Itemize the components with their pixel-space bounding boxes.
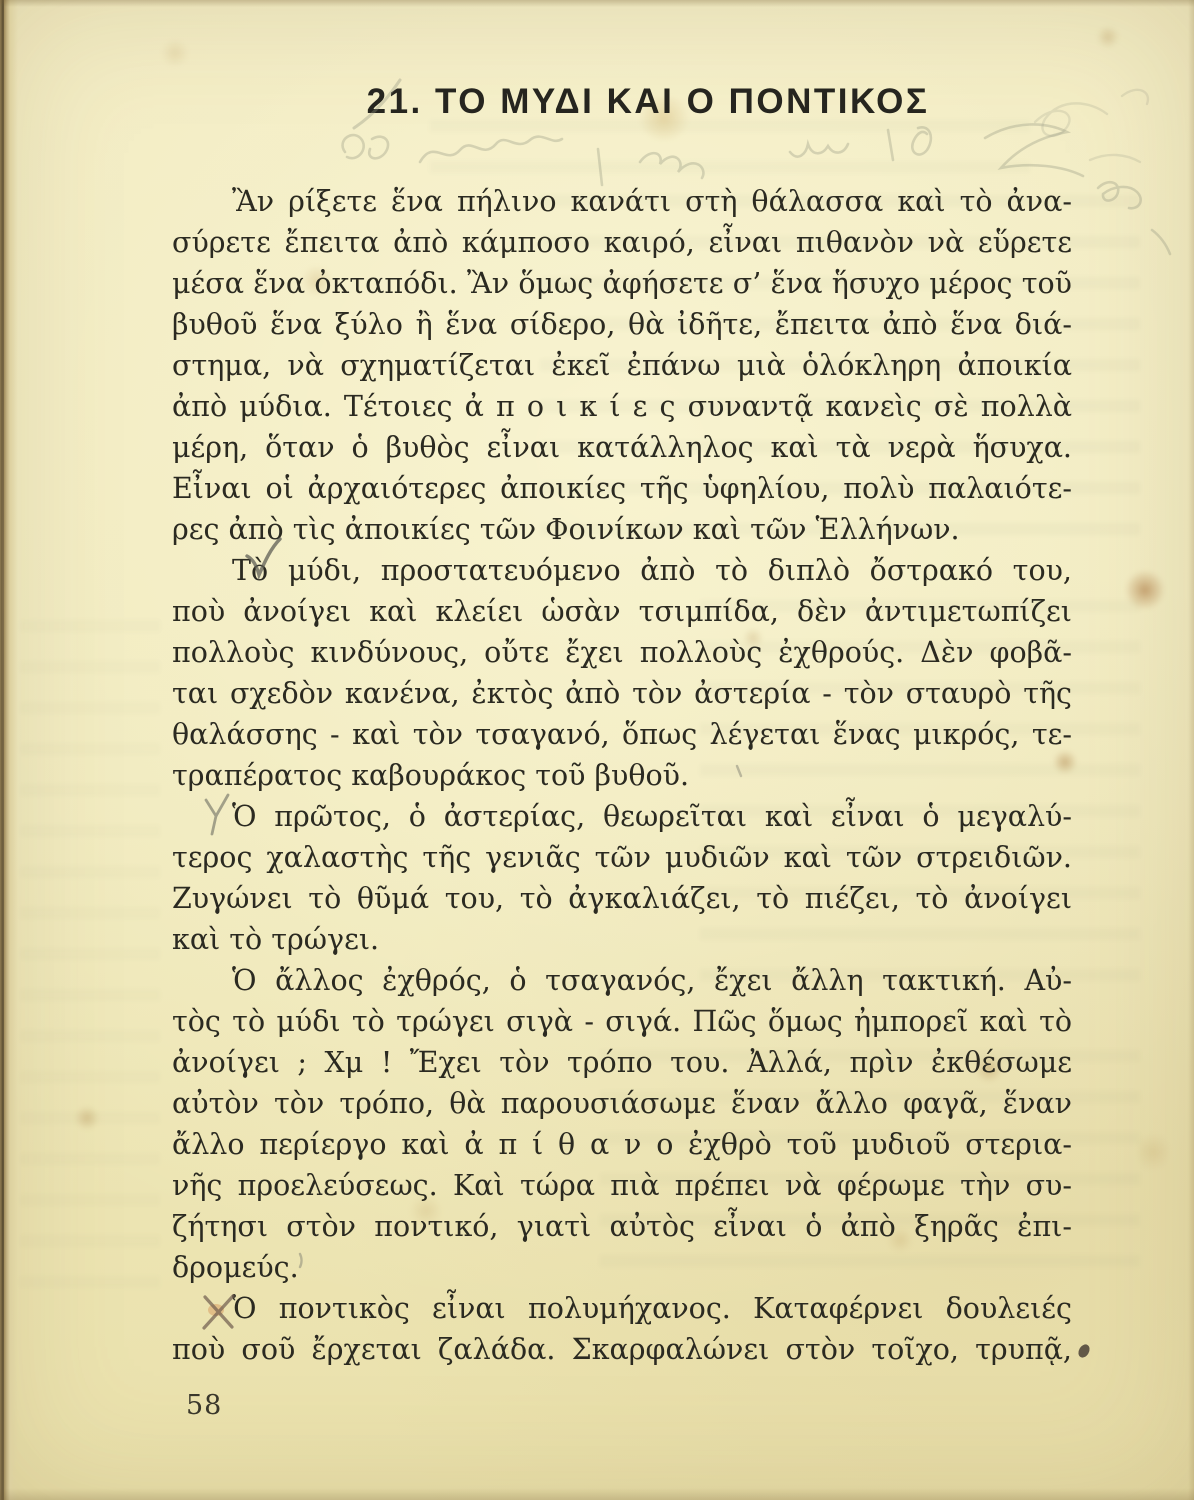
text-line: Τὸ μύδι, προστατευόμενο ἀπὸ τὸ διπλὸ ὄστ…: [172, 550, 1072, 591]
text-line: ζήτησι στὸν ποντικό, γιατὶ αὐτὸς εἶναι ὁ…: [172, 1206, 1072, 1247]
text-line: καὶ τὸ τρώγει.: [172, 919, 1072, 960]
page-number: 58: [186, 1390, 222, 1421]
text-line: ρες ἀπὸ τὶς ἀποικίες τῶν Φοινίκων καὶ τῶ…: [172, 509, 1072, 550]
text-line: πολλοὺς κινδύνους, οὔτε ἔχει πολλοὺς ἐχθ…: [172, 632, 1072, 673]
text-line: σύρετε ἔπειτα ἀπὸ κάμποσο καιρό, εἶναι π…: [172, 222, 1072, 263]
text-line: ἀπὸ μύδια. Τέτοιες ἀ π ο ι κ ί ε ς συναν…: [172, 386, 1072, 427]
text-line: μέρη, ὅταν ὁ βυθὸς εἶναι κατάλληλος καὶ …: [172, 427, 1072, 468]
text-line: τραπέρατος καβουράκος τοῦ βυθοῦ.: [172, 755, 1072, 796]
text-line: Ὁ πρῶτος, ὁ ἀστερίας, θεωρεῖται καὶ εἶνα…: [172, 796, 1072, 837]
page-top-edge: [0, 0, 1194, 7]
text-line: Ὁ ποντικὸς εἶναι πολυμήχανος. Καταφέρνει…: [172, 1288, 1072, 1329]
text-line: Εἶναι οἱ ἀρχαιότερες ἀποικίες τῆς ὑφηλίο…: [172, 468, 1072, 509]
text-line: ἀνοίγει ; Χμ ! Ἔχει τὸν τρόπο του. Ἀλλά,…: [172, 1042, 1072, 1083]
text-line: δρομεύς.: [172, 1247, 1072, 1288]
paragraph: Ὁ πρῶτος, ὁ ἀστερίας, θεωρεῖται καὶ εἶνα…: [172, 796, 1072, 960]
page-binding-edge-line: [2, 0, 4, 1500]
paragraph: Ὁ ποντικὸς εἶναι πολυμήχανος. Καταφέρνει…: [172, 1288, 1072, 1370]
text-line: ται σχεδὸν κανένα, ἐκτὸς ἀπὸ τὸν ἀστερία…: [172, 673, 1072, 714]
text-line: Ἂν ρίξετε ἕνα πήλινο κανάτι στὴ θάλασσα …: [172, 181, 1072, 222]
text-line: τερος χαλαστὴς τῆς γενιᾶς τῶν μυδιῶν καὶ…: [172, 837, 1072, 878]
text-line: ἄλλο περίεργο καὶ ἀ π ί θ α ν ο ἐχθρὸ το…: [172, 1124, 1072, 1165]
scanned-book-page: { "colors": { "paper": "#efe8ba", "ink":…: [0, 0, 1194, 1500]
text-line: αὐτὸν τὸν τρόπο, θὰ παρουσιάσωμε ἕναν ἄλ…: [172, 1083, 1072, 1124]
text-line: βυθοῦ ἕνα ξύλο ἢ ἕνα σίδερο, θὰ ἰδῆτε, ἔ…: [172, 304, 1072, 345]
page-title: 21. ΤΟ ΜΥΔΙ ΚΑΙ Ο ΠΟΝΤΙΚΟΣ: [172, 82, 1098, 122]
text-line: μέσα ἕνα ὀκταπόδι. Ἂν ὅμως ἀφήσετε σ’ ἕν…: [172, 263, 1072, 304]
text-line: ποὺ σοῦ ἔρχεται ζαλάδα. Σκαρφαλώνει στὸν…: [172, 1329, 1072, 1370]
text-line: θαλάσσης - καὶ τὸν τσαγανό, ὅπως λέγεται…: [172, 714, 1072, 755]
page-bottom-edge: [0, 1488, 1194, 1500]
text-line: στημα, νὰ σχηματίζεται ἐκεῖ ἐπάνω μιὰ ὁλ…: [172, 345, 1072, 386]
paragraph: Τὸ μύδι, προστατευόμενο ἀπὸ τὸ διπλὸ ὄστ…: [172, 550, 1072, 796]
text-line: ποὺ ἀνοίγει καὶ κλείει ὡσὰν τσιμπίδα, δὲ…: [172, 591, 1072, 632]
paragraph: Ἂν ρίξετε ἕνα πήλινο κανάτι στὴ θάλασσα …: [172, 181, 1072, 550]
paragraph: Ὁ ἄλλος ἐχθρός, ὁ τσαγανός, ἔχει ἄλλη τα…: [172, 960, 1072, 1288]
text-line: Ζυγώνει τὸ θῦμά του, τὸ ἀγκαλιάζει, τὸ π…: [172, 878, 1072, 919]
text-line: τὸς τὸ μύδι τὸ τρώγει σιγὰ - σιγά. Πῶς ὅ…: [172, 1001, 1072, 1042]
page-right-edge: [1188, 0, 1194, 1500]
text-line: νῆς προελεύσεως. Καὶ τώρα πιὰ πρέπει νὰ …: [172, 1165, 1072, 1206]
text-block: Ἂν ρίξετε ἕνα πήλινο κανάτι στὴ θάλασσα …: [172, 181, 1072, 1370]
text-line: Ὁ ἄλλος ἐχθρός, ὁ τσαγανός, ἔχει ἄλλη τα…: [172, 960, 1072, 1001]
